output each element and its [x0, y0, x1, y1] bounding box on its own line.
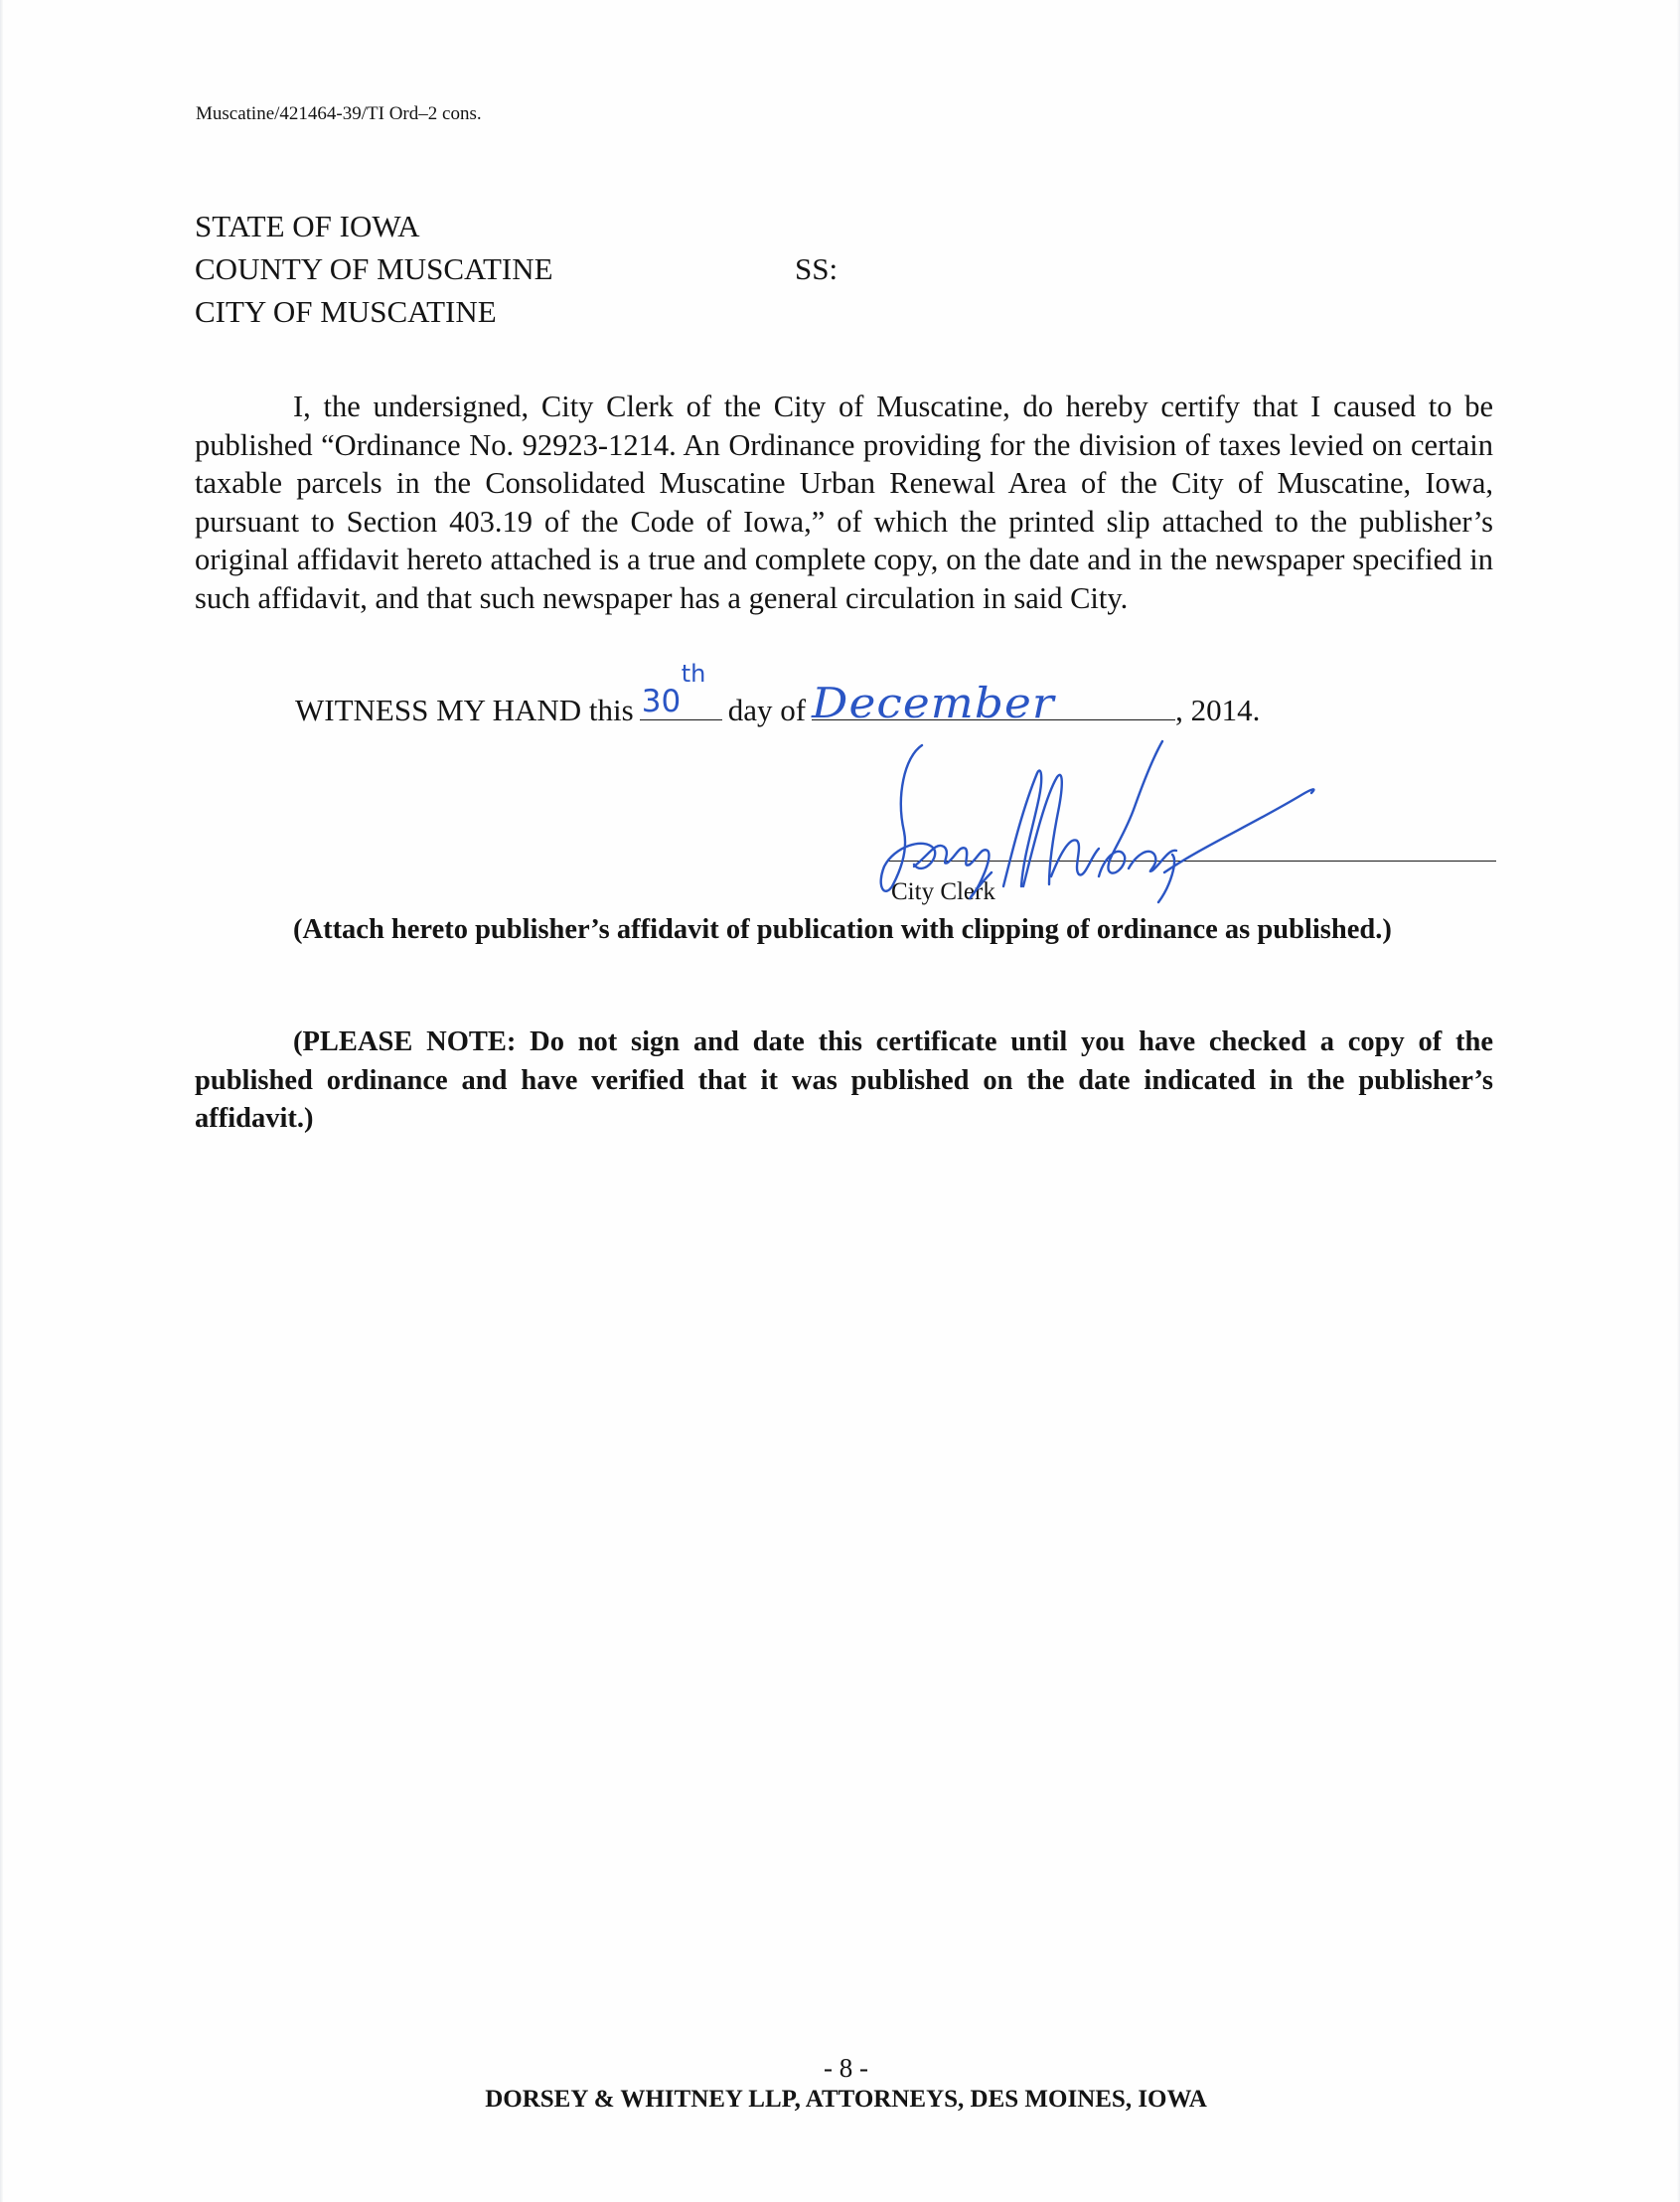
month-blank: December — [812, 690, 1175, 720]
document-reference: Muscatine/421464-39/TI Ord–2 cons. — [196, 102, 482, 126]
witness-year: , 2014. — [1175, 693, 1260, 727]
caption-state: STATE OF IOWA — [195, 205, 553, 247]
witness-line: WITNESS MY HAND this30thday ofDecember, … — [295, 690, 1260, 730]
venue-caption: STATE OF IOWA COUNTY OF MUSCATINE SS: CI… — [195, 205, 553, 333]
please-note-instruction: (PLEASE NOTE: Do not sign and date this … — [195, 1023, 1493, 1139]
certification-paragraph: I, the undersigned, City Clerk of the Ci… — [195, 388, 1493, 618]
witness-prefix: WITNESS MY HAND this — [295, 693, 634, 727]
caption-ss: SS: — [795, 247, 838, 290]
caption-county: COUNTY OF MUSCATINE SS: — [195, 247, 553, 290]
day-blank: 30th — [640, 690, 722, 720]
attach-instruction: (Attach hereto publisher’s affidavit of … — [195, 908, 1493, 951]
day-suffix-handwritten: th — [682, 654, 706, 694]
scan-edge-left — [0, 0, 3, 2202]
document-page: Muscatine/421464-39/TI Ord–2 cons. STATE… — [0, 0, 1680, 2202]
caption-county-text: COUNTY OF MUSCATINE — [195, 251, 553, 286]
firm-footer: DORSEY & WHITNEY LLP, ATTORNEYS, DES MOI… — [0, 2085, 1680, 2115]
handwritten-signature — [874, 737, 1391, 906]
page-number: - 8 - — [0, 2053, 1680, 2083]
caption-city-text: CITY OF MUSCATINE — [195, 294, 497, 329]
month-handwritten: December — [812, 684, 1055, 723]
witness-middle: day of — [728, 693, 806, 727]
caption-state-text: STATE OF IOWA — [195, 209, 420, 243]
day-handwritten: 30 — [642, 682, 681, 721]
caption-city: CITY OF MUSCATINE — [195, 290, 553, 333]
